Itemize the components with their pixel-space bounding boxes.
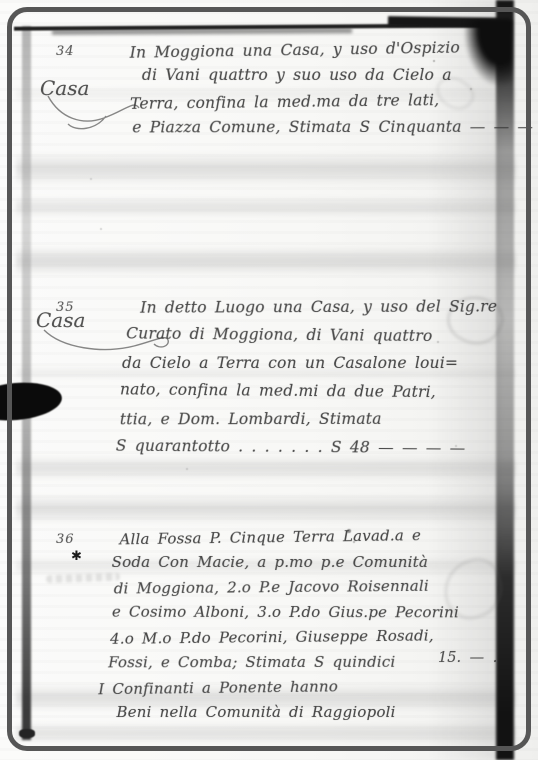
margin-label-casa: Casa [40,76,89,100]
handwriting-line: In Moggiona una Casa, y uso d'Ospizio [130,36,538,69]
margin-label-casa: Casa [36,308,85,332]
handwriting-line: 4.o M.o P.do Pecorini, Giuseppe Rosadi, [110,626,459,655]
handwriting-line: In detto Luogo una Casa, y uso del Sig.r… [140,297,497,326]
asterisk-mark: ✱ [71,549,82,564]
entry-text-block: In detto Luogo una Casa, y uso del Sig.r… [120,297,498,466]
handwriting-line: Fossi, e Comba; Stimata S quindici [108,653,459,679]
handwriting-line: Beni nella Comunità di Raggiopoli [116,703,459,728]
handwriting-line: da Cielo a Terra con un Casalone loui= [122,354,497,382]
handwriting-line: di Vani quattro y suo uso da Cielo a [142,66,538,92]
entry-number: 34 [56,44,75,59]
entry-text-block: In Moggiona una Casa, y uso d'Ospizio di… [128,38,538,145]
value-note: 15. — . [438,650,497,666]
handwriting-line: Terra, confina la med.ma da tre lati, [130,89,538,121]
handwriting-line: e Cosimo Alboni, 3.o P.do Gius.pe Pecori… [112,603,459,629]
handwriting-line: ttia, e Dom. Lombardi, Stimata [120,410,497,439]
binding-mark [19,729,35,738]
handwriting-line: Alla Fossa P. Cinque Terra Lavad.a e [119,526,458,556]
handwriting-line: Soda Con Macie, a p.mo p.e Comunità [112,553,459,578]
handwriting-line: di Moggiona, 2.o P.e Jacovo Roisennali [114,576,459,604]
entry-text-block: Alla Fossa P. Cinque Terra Lavad.a e Sod… [111,527,459,729]
handwriting-line: I Confinanti a Ponente hanno [98,676,459,705]
handwriting-line: S quarantotto . . . . . . . S 48 — — — — [116,437,497,468]
handwriting-line: e Piazza Comune, Stimata S Cinquanta — —… [132,118,538,145]
handwriting-line: nato, confina la med.mi da due Patri, [120,380,497,411]
ink-specks [0,0,2,2]
manuscript-scan: 34 Casa In Moggiona una Casa, y uso d'Os… [0,0,538,760]
entry-number: 36 [56,532,75,547]
handwriting-line: Curato di Moggiona, di Vani quattro [126,324,497,355]
